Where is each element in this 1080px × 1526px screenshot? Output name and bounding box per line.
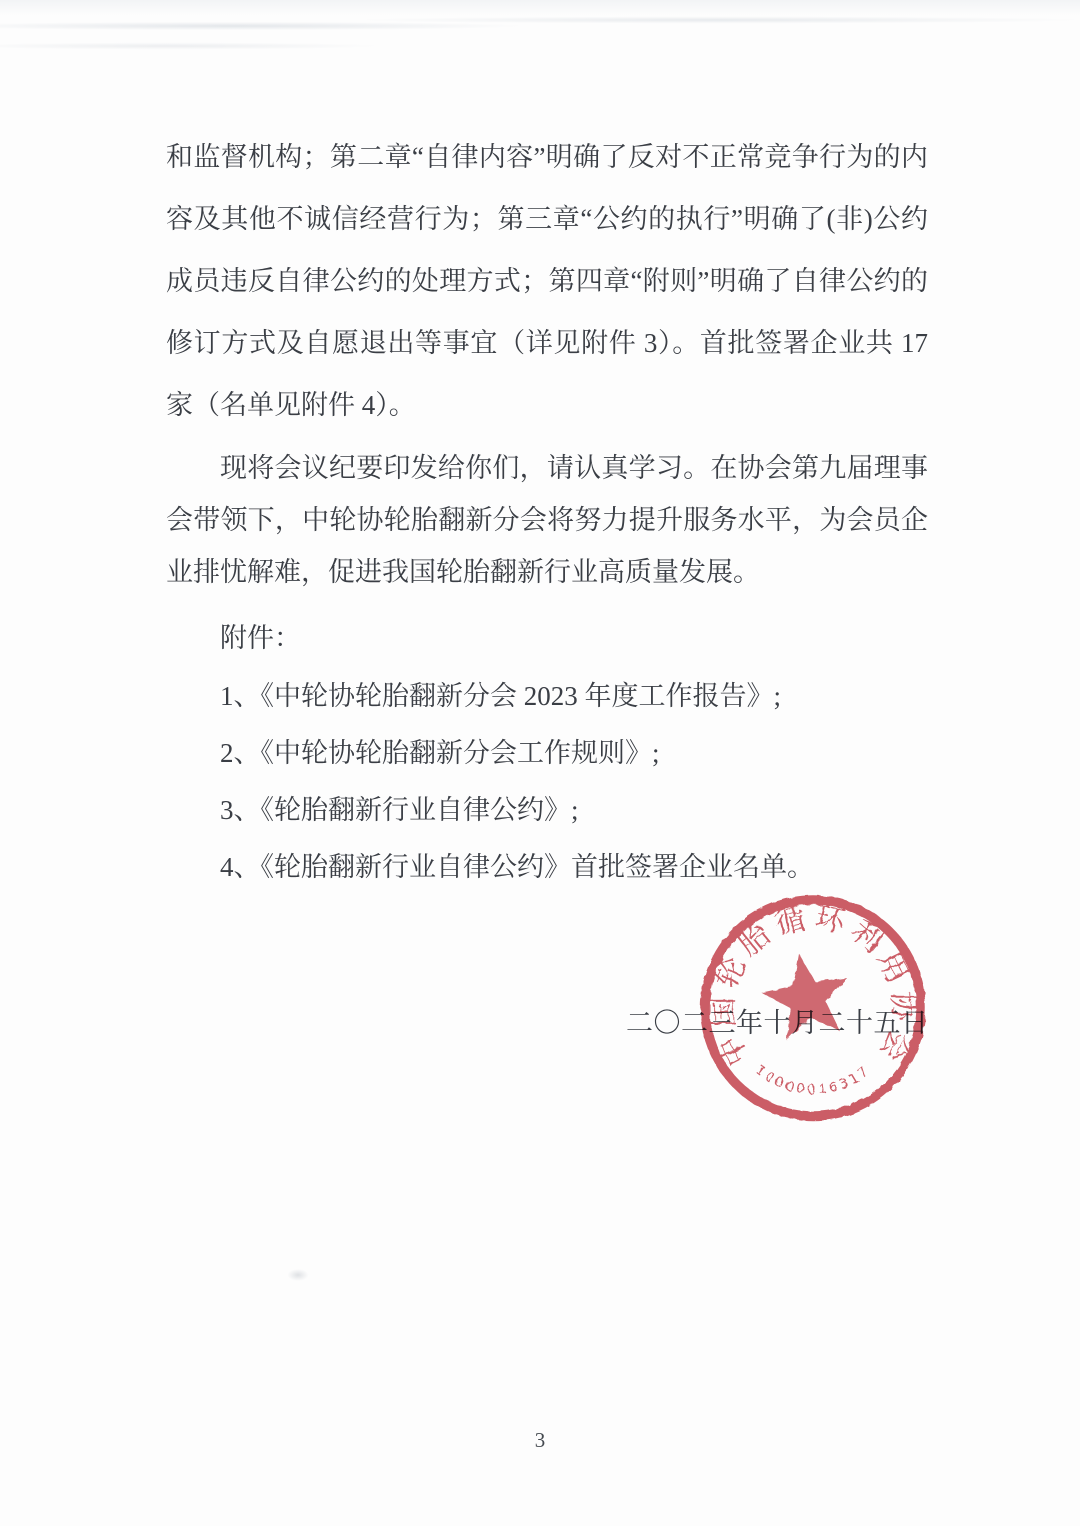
paragraph-line: 修订方式及自愿退出等事宜（详见附件 3）。首批签署企业共 17 (166, 312, 928, 374)
paragraph-line: 会带领下，中轮协轮胎翻新分会将努力提升服务水平，为会员企 (166, 494, 928, 546)
paragraph-line: 成员违反自律公约的处理方式；第四章“附则”明确了自律公约的 (166, 250, 928, 312)
scanned-document-page: 和监督机构；第二章“自律内容”明确了反对不正常竞争行为的内 容及其他不诚信经营行… (0, 0, 1080, 1526)
scan-artifact-smudge (283, 1266, 313, 1284)
paragraph-line: 家（名单见附件 4）。 (166, 374, 928, 436)
paragraph-line: 现将会议纪要印发给你们，请认真学习。在协会第九届理事 (166, 442, 928, 494)
document-body: 和监督机构；第二章“自律内容”明确了反对不正常竞争行为的内 容及其他不诚信经营行… (166, 126, 928, 896)
star-icon (756, 946, 857, 1043)
attachment-item: 1、《中轮协轮胎翻新分会 2023 年度工作报告》; (166, 668, 928, 725)
paragraph-line: 容及其他不诚信经营行为；第三章“公约的执行”明确了(非)公约 (166, 188, 928, 250)
attachments-list: 1、《中轮协轮胎翻新分会 2023 年度工作报告》; 2、《中轮协轮胎翻新分会工… (166, 668, 928, 896)
attachments-label: 附件： (166, 612, 928, 664)
paragraph-continuation: 和监督机构；第二章“自律内容”明确了反对不正常竞争行为的内 容及其他不诚信经营行… (166, 126, 928, 436)
attachment-item: 2、《中轮协轮胎翻新分会工作规则》; (166, 725, 928, 782)
scan-artifact-streaks (0, 0, 1080, 70)
page-number: 3 (0, 1428, 1080, 1453)
paragraph-closing: 现将会议纪要印发给你们，请认真学习。在协会第九届理事 会带领下，中轮协轮胎翻新分… (166, 442, 928, 598)
official-seal: 中国轮胎循环利用协会 1100000163175 (688, 883, 938, 1133)
attachment-item: 3、《轮胎翻新行业自律公约》; (166, 782, 928, 839)
paragraph-line: 业排忧解难，促进我国轮胎翻新行业高质量发展。 (166, 546, 928, 598)
paragraph-line: 和监督机构；第二章“自律内容”明确了反对不正常竞争行为的内 (166, 126, 928, 188)
